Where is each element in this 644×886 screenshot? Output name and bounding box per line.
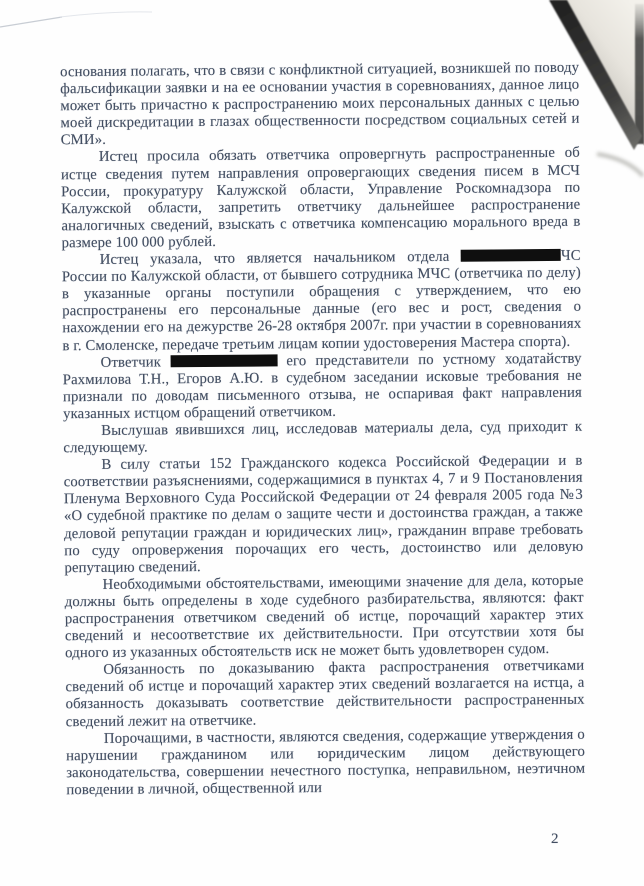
paragraph: Порочащими, в частности, являются сведен… [66, 726, 586, 799]
page-curl-edge-strip [635, 4, 644, 144]
paragraph: Обязанность по доказыванию факта распрос… [65, 658, 585, 731]
paragraph: Необходимыми обстоятельствами, имеющими … [64, 573, 584, 663]
page-curl-curve-shadow [597, 154, 643, 176]
scratch-line-segment [0, 17, 62, 27]
scratch-line [0, 12, 152, 27]
redaction-bar [170, 354, 277, 367]
page-number: 2 [551, 831, 559, 848]
paragraph: Выслушав явившихся лиц, исследовав матер… [63, 419, 582, 458]
text-block: основания полагать, что в связи с конфли… [60, 60, 585, 800]
paragraph: Истец указала, что является начальником … [62, 248, 582, 355]
paragraph: Ответчик его представители по устному хо… [63, 350, 583, 423]
paragraph: В силу статьи 152 Гражданского кодекса Р… [63, 453, 583, 577]
paragraph: Истец просила обязать ответчика опроверг… [61, 145, 581, 252]
scratch-line-faint-segment [60, 12, 152, 17]
redaction-bar [461, 249, 561, 262]
paragraph: основания полагать, что в связи с конфли… [60, 60, 580, 150]
scanned-page: основания полагать, что в связи с конфли… [0, 0, 644, 886]
